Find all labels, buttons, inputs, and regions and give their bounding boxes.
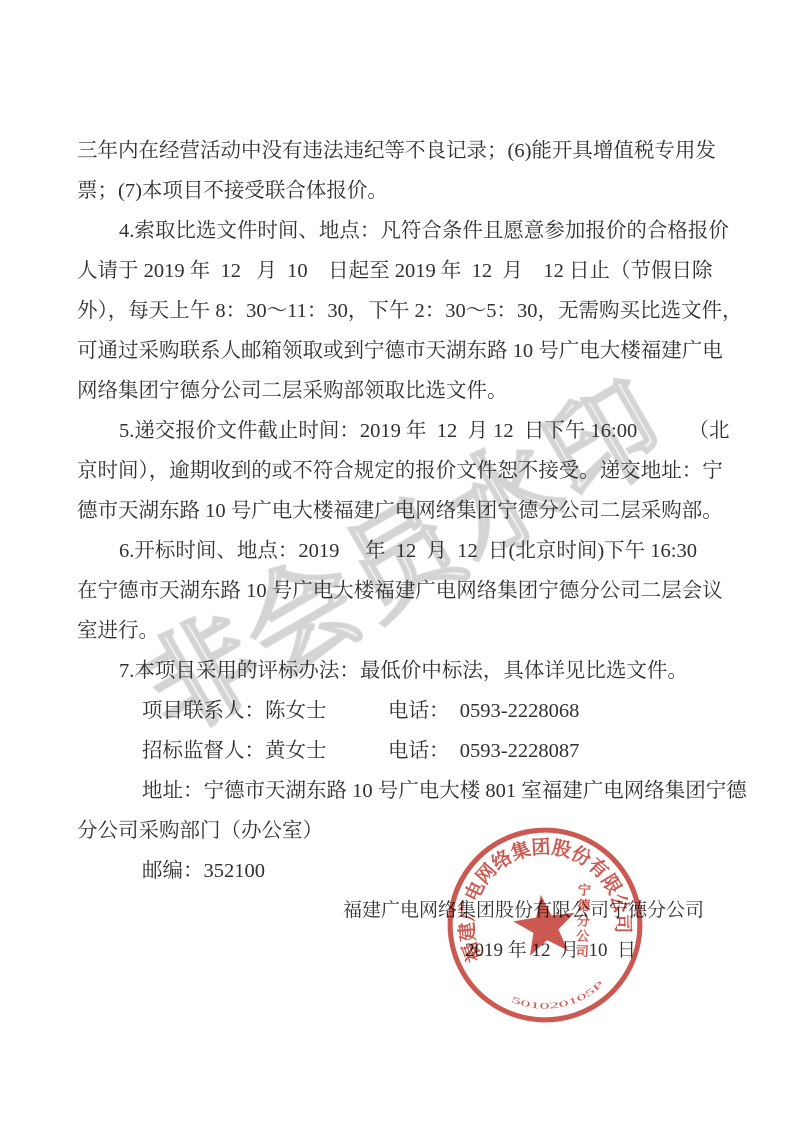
document-body: 三年内在经营活动中没有违法违纪等不良记录；(6)能开具增值税专用发票；(7)本项… xyxy=(77,131,737,971)
text-line: 外），每天上午 8：30～11：30，下午 2：30～5：30，无需购买比选文件… xyxy=(77,291,737,331)
text-line: 4.索取比选文件时间、地点：凡符合条件且愿意参加报价的合格报价 xyxy=(77,211,737,251)
text-line: 6.开标时间、地点：2019 年 12 月 12 日(北京时间)下午 16:30 xyxy=(77,531,737,571)
text-line: 分公司采购部门（办公室） xyxy=(77,811,737,851)
text-line: 邮编：352100 xyxy=(77,851,737,891)
text-line: 5.递交报价文件截止时间：2019 年 12 月 12 日下午 16:00 （北 xyxy=(77,411,737,451)
text-line: 票；(7)本项目不接受联合体报价。 xyxy=(77,171,737,211)
text-line: 7.本项目采用的评标办法：最低价中标法，具体详见比选文件。 xyxy=(77,651,737,691)
text-line: 可通过采购联系人邮箱领取或到宁德市天湖东路 10 号广电大楼福建广电 xyxy=(77,331,737,371)
text-line: 京时间），逾期收到的或不符合规定的报价文件恕不接受。递交地址：宁 xyxy=(77,451,737,491)
text-line: 网络集团宁德分公司二层采购部领取比选文件。 xyxy=(77,371,737,411)
text-line: 室进行。 xyxy=(77,611,737,651)
text-line: 德市天湖东路 10 号广电大楼福建广电网络集团宁德分公司二层采购部。 xyxy=(77,491,737,531)
text-line: 福建广电网络集团股份有限公司宁德分公司 xyxy=(77,891,737,931)
document-page: 非会员水印 三年内在经营活动中没有违法违纪等不良记录；(6)能开具增值税专用发票… xyxy=(0,0,793,1121)
text-line: 人请于 2019 年 12 月 10 日起至 2019 年 12 月 12 日止… xyxy=(77,251,737,291)
text-line: 地址：宁德市天湖东路 10 号广电大楼 801 室福建广电网络集团宁德 xyxy=(77,771,737,811)
text-line: 三年内在经营活动中没有违法违纪等不良记录；(6)能开具增值税专用发 xyxy=(77,131,737,171)
text-line: 2019 年 12 月 10 日 xyxy=(77,931,737,971)
text-line: 项目联系人：陈女士 电话： 0593-2228068 xyxy=(77,691,737,731)
text-line: 在宁德市天湖东路 10 号广电大楼福建广电网络集团宁德分公司二层会议 xyxy=(77,571,737,611)
text-line: 招标监督人：黄女士 电话： 0593-2228087 xyxy=(77,731,737,771)
